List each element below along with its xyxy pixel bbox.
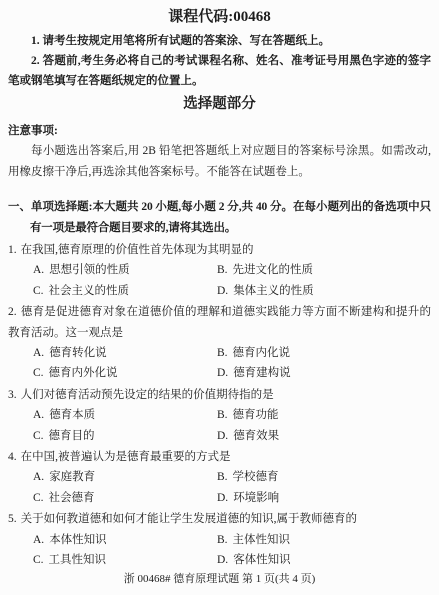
question-number: 2. — [8, 306, 17, 318]
option-row: C.工具性知识 D.客体性知识 — [8, 550, 431, 570]
option-label: B. — [217, 534, 228, 546]
option-text: 德育功能 — [233, 409, 279, 421]
option-label: B. — [217, 409, 228, 421]
question-1: 1.在我国,德育原理的价值性首先体现为其明显的 A.思想引领的性质 B.先进文化… — [8, 240, 431, 301]
option-c: C.工具性知识 — [33, 550, 217, 570]
option-label: D. — [217, 554, 228, 566]
option-b: B.学校德育 — [217, 467, 431, 487]
section-title: 选择题部分 — [8, 95, 431, 113]
option-d: D.环境影响 — [217, 488, 431, 508]
question-2: 2.德育是促进德育对象在道德价值的理解和道德实践能力等方面不断建构和提升的教育活… — [8, 302, 431, 384]
option-a: A.思想引领的性质 — [33, 260, 217, 280]
question-number: 5. — [8, 513, 17, 525]
exam-page: 课程代码:00468 1. 请考生按规定用笔将所有试题的答案涂、写在答题纸上。 … — [0, 0, 439, 595]
option-c: C.社会德育 — [33, 488, 217, 508]
option-c: C.社会主义的性质 — [33, 281, 217, 301]
option-row: C.社会主义的性质 D.集体主义的性质 — [8, 281, 431, 301]
option-text: 环境影响 — [233, 492, 279, 504]
option-d: D.客体性知识 — [217, 550, 431, 570]
option-label: D. — [217, 367, 228, 379]
option-a: A.家庭教育 — [33, 467, 217, 487]
option-row: A.本体性知识 B.主体性知识 — [8, 530, 431, 550]
question-stem: 3.人们对德育活动预先设定的结果的价值期待指的是 — [8, 385, 431, 405]
option-row: A.家庭教育 B.学校德育 — [8, 467, 431, 487]
option-row: A.思想引领的性质 B.先进文化的性质 — [8, 260, 431, 280]
option-row: C.德育目的 D.德育效果 — [8, 426, 431, 446]
option-label: C. — [33, 492, 44, 504]
option-label: A. — [33, 264, 44, 276]
option-label: D. — [217, 285, 228, 297]
option-b: B.主体性知识 — [217, 530, 431, 550]
question-stem: 5.关于如何教道德和如何才能让学生发展道德的知识,属于教师德育的 — [8, 509, 431, 529]
option-d: D.集体主义的性质 — [217, 281, 431, 301]
question-number: 4. — [8, 451, 17, 463]
option-text: 德育转化说 — [49, 347, 107, 359]
option-label: B. — [217, 264, 228, 276]
question-stem: 1.在我国,德育原理的价值性首先体现为其明显的 — [8, 240, 431, 260]
question-3: 3.人们对德育活动预先设定的结果的价值期待指的是 A.德育本质 B.德育功能 C… — [8, 385, 431, 446]
option-text: 主体性知识 — [233, 534, 291, 546]
option-d: D.德育效果 — [217, 426, 431, 446]
question-text: 关于如何教道德和如何才能让学生发展道德的知识,属于教师德育的 — [21, 513, 357, 525]
question-number: 1. — [8, 244, 17, 256]
notice-heading: 注意事项: — [8, 121, 431, 141]
option-label: C. — [33, 554, 44, 566]
option-label: C. — [33, 367, 44, 379]
option-b: B.德育内化说 — [217, 343, 431, 363]
option-text: 工具性知识 — [49, 554, 107, 566]
option-label: B. — [217, 347, 228, 359]
option-text: 先进文化的性质 — [233, 264, 314, 276]
option-label: A. — [33, 409, 44, 421]
option-text: 社会主义的性质 — [49, 285, 130, 297]
option-b: B.先进文化的性质 — [217, 260, 431, 280]
question-number: 3. — [8, 389, 17, 401]
option-label: D. — [217, 430, 228, 442]
instruction-1: 1. 请考生按规定用笔将所有试题的答案涂、写在答题纸上。 — [8, 31, 431, 51]
option-label: B. — [217, 471, 228, 483]
question-text: 在中国,被普遍认为是德育最重要的方式是 — [21, 451, 231, 463]
option-text: 社会德育 — [49, 492, 95, 504]
option-text: 客体性知识 — [233, 554, 291, 566]
option-label: D. — [217, 492, 228, 504]
option-text: 学校德育 — [233, 471, 279, 483]
question-text: 德育是促进德育对象在道德价值的理解和道德实践能力等方面不断建构和提升的教育活动。… — [8, 306, 431, 338]
option-a: A.德育本质 — [33, 405, 217, 425]
question-list: 1.在我国,德育原理的价值性首先体现为其明显的 A.思想引领的性质 B.先进文化… — [8, 240, 431, 571]
option-row: A.德育本质 B.德育功能 — [8, 405, 431, 425]
option-text: 思想引领的性质 — [49, 264, 130, 276]
option-a: A.德育转化说 — [33, 343, 217, 363]
option-c: C.德育目的 — [33, 426, 217, 446]
option-a: A.本体性知识 — [33, 530, 217, 550]
instruction-2: 2. 答题前,考生务必将自己的考试课程名称、姓名、准考证号用黑色字迹的签字笔或钢… — [8, 51, 431, 91]
option-label: C. — [33, 285, 44, 297]
option-text: 德育内外化说 — [49, 367, 118, 379]
option-text: 德育本质 — [49, 409, 95, 421]
question-5: 5.关于如何教道德和如何才能让学生发展道德的知识,属于教师德育的 A.本体性知识… — [8, 509, 431, 570]
question-text: 人们对德育活动预先设定的结果的价值期待指的是 — [21, 389, 274, 401]
option-d: D.德育建构说 — [217, 363, 431, 383]
option-row: C.德育内外化说 D.德育建构说 — [8, 363, 431, 383]
notice-body: 每小题选出答案后,用 2B 铅笔把答题纸上对应题目的答案标号涂黑。如需改动,用橡… — [8, 141, 431, 182]
page-footer: 浙 00468# 德育原理试题 第 1 页(共 4 页) — [0, 572, 439, 586]
option-b: B.德育功能 — [217, 405, 431, 425]
option-text: 家庭教育 — [49, 471, 95, 483]
option-text: 本体性知识 — [49, 534, 107, 546]
option-row: C.社会德育 D.环境影响 — [8, 488, 431, 508]
part-heading: 一、单项选择题:本大题共 20 小题,每小题 2 分,共 40 分。在每小题列出… — [8, 197, 431, 238]
option-text: 德育效果 — [233, 430, 279, 442]
option-label: A. — [33, 534, 44, 546]
option-label: C. — [33, 430, 44, 442]
question-stem: 2.德育是促进德育对象在道德价值的理解和道德实践能力等方面不断建构和提升的教育活… — [8, 302, 431, 343]
option-c: C.德育内外化说 — [33, 363, 217, 383]
option-row: A.德育转化说 B.德育内化说 — [8, 343, 431, 363]
option-label: A. — [33, 347, 44, 359]
option-text: 德育内化说 — [233, 347, 291, 359]
page-title: 课程代码:00468 — [8, 8, 431, 26]
option-label: A. — [33, 471, 44, 483]
question-text: 在我国,德育原理的价值性首先体现为其明显的 — [21, 244, 254, 256]
option-text: 德育建构说 — [233, 367, 291, 379]
question-stem: 4.在中国,被普遍认为是德育最重要的方式是 — [8, 447, 431, 467]
question-4: 4.在中国,被普遍认为是德育最重要的方式是 A.家庭教育 B.学校德育 C.社会… — [8, 447, 431, 508]
option-text: 集体主义的性质 — [233, 285, 314, 297]
option-text: 德育目的 — [49, 430, 95, 442]
